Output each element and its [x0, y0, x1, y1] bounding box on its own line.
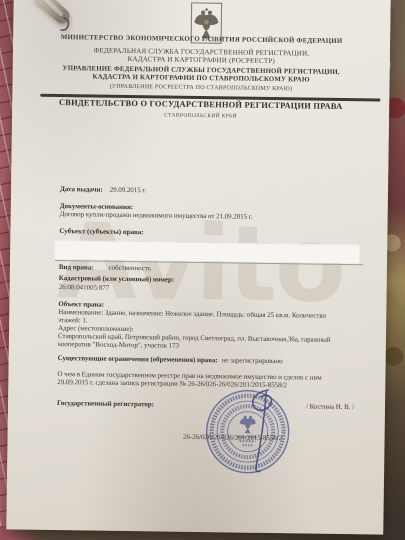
certificate-region: СТАВРОПОЛЬСКИЙ КРАЙ	[12, 111, 389, 122]
registrar-signature-stroke	[229, 379, 300, 480]
right-type-label: Вид права:	[59, 263, 94, 271]
object-desc-line-1: Наименование: Здание, назначение: Нежило…	[58, 309, 326, 320]
registrar-signature-name: / Костина Н. В. /	[306, 403, 354, 411]
right-type-value: собственность	[108, 264, 151, 273]
cadastral-value: 26:08:041005:877	[59, 284, 110, 292]
basis-value: Договор купли-продажи недвижимого имущес…	[60, 211, 253, 221]
certificate-paper: МИНИСТЕРСТВО ЭКОНОМИЧЕСКОГО РАЗВИТИЯ РОС…	[6, 0, 390, 535]
restrictions-row: Существующие ограничения (обременения) п…	[58, 355, 283, 365]
right-type-row: Вид права:собственность	[59, 264, 151, 272]
issue-date-label: Дата выдачи:	[60, 185, 103, 194]
restrictions-label: Существующие ограничения (обременения) п…	[58, 354, 218, 364]
registrar-label: Государственный регистратор:	[57, 400, 154, 408]
paper-clip-object	[25, 0, 85, 40]
subject-label: Субъект (субъекты) права:	[59, 228, 143, 236]
issue-date-row: Дата выдачи:29.09.2015 г.	[60, 186, 146, 194]
object-address-line-2: кооператив "Восход-Мотор", участок 173	[58, 341, 179, 350]
document-photo: МИНИСТЕРСТВО ЭКОНОМИЧЕСКОГО РАЗВИТИЯ РОС…	[0, 0, 405, 540]
issue-date-value: 29.09.2015 г.	[110, 186, 147, 195]
object-label: Объект права:	[58, 301, 104, 309]
restrictions-value: не зарегистрировано	[222, 356, 283, 365]
